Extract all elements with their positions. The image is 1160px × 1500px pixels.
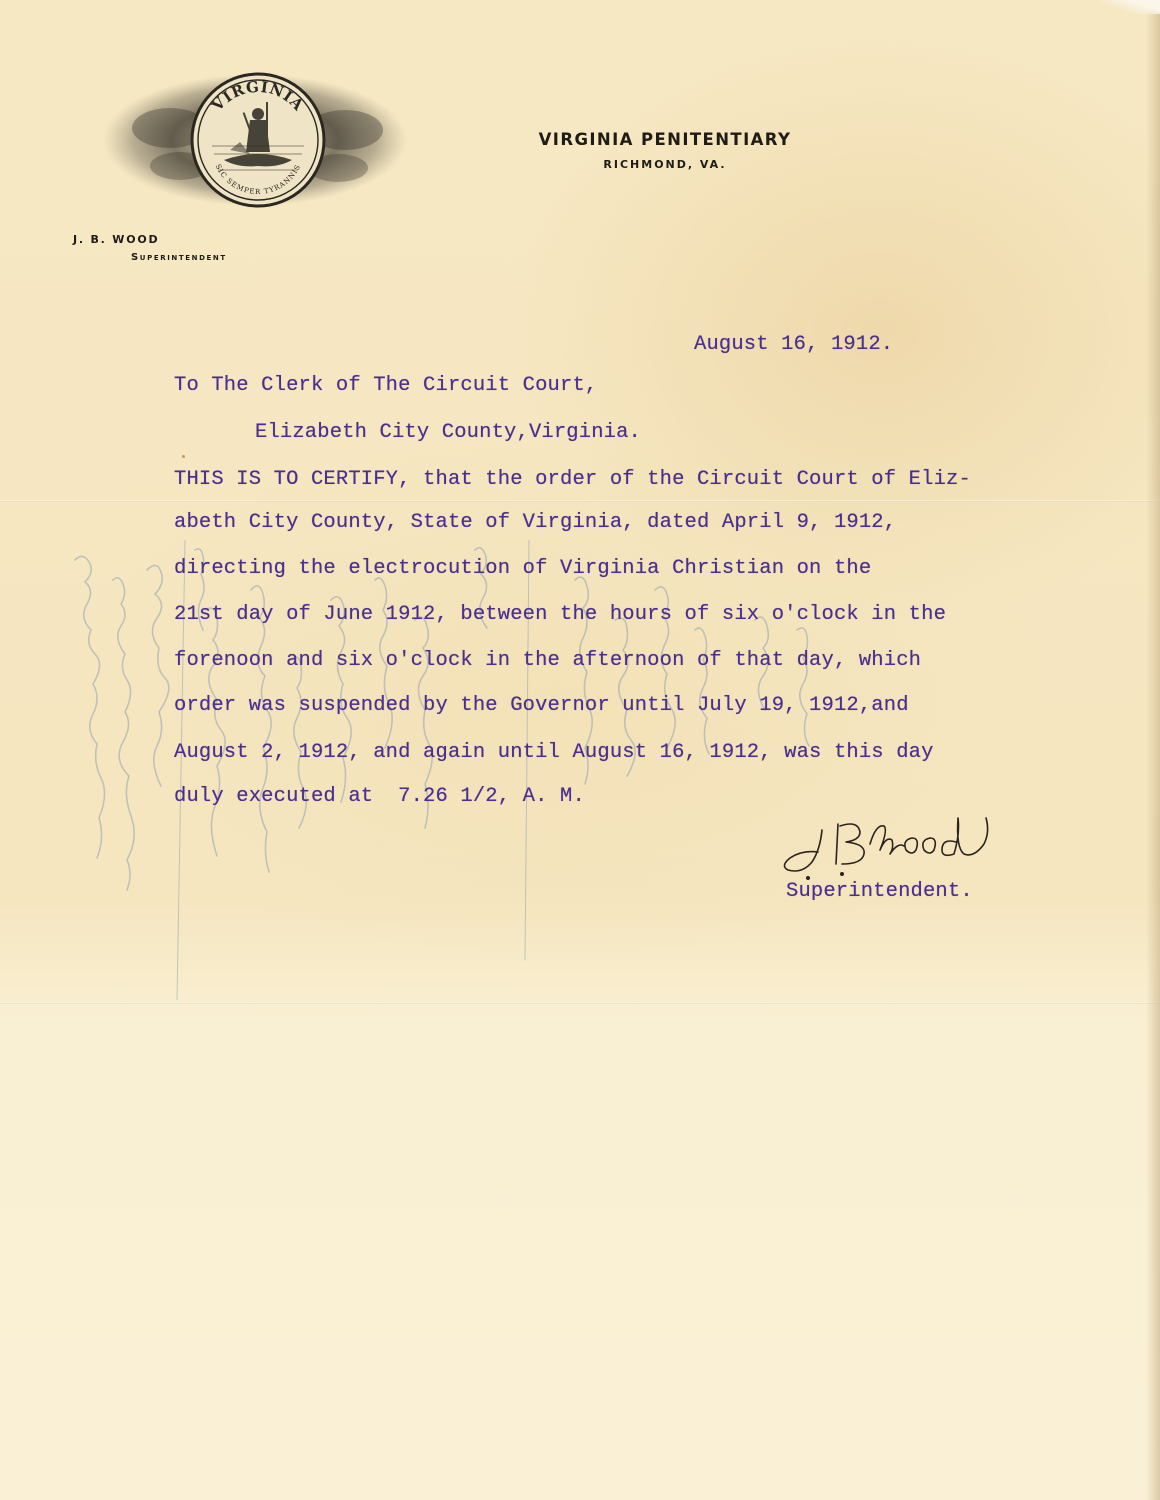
paper-edge-right (1146, 0, 1160, 1500)
letterhead-officer-name: J. B. WOOD (73, 233, 159, 246)
body-line: abeth City County, State of Virginia, da… (174, 511, 896, 534)
letter-date: August 16, 1912. (694, 333, 893, 356)
body-line: forenoon and six o'clock in the afternoo… (174, 649, 921, 672)
recipient-line-1: To The Clerk of The Circuit Court, (174, 374, 597, 397)
fold-line-upper (0, 500, 1160, 502)
body-line: THIS IS TO CERTIFY, that the order of th… (174, 468, 971, 491)
body-line: order was suspended by the Governor unti… (174, 694, 909, 717)
paper-speck (182, 455, 185, 458)
institution-location: RICHMOND, VA. (500, 158, 830, 171)
body-line: 21st day of June 1912, between the hours… (174, 603, 946, 626)
letterhead-seal: VIRGINIA SIC SEMPER TYRANNIS (100, 68, 410, 213)
body-line: duly executed at 7.26 1/2, A. M. (174, 785, 585, 808)
virginia-state-seal-icon: VIRGINIA SIC SEMPER TYRANNIS (100, 68, 410, 213)
institution-name: VIRGINIA PENITENTIARY (500, 130, 830, 149)
handwritten-signature: J. B. Wood (778, 808, 1018, 888)
paper-corner-wear (1100, 0, 1160, 14)
body-line: August 2, 1912, and again until August 1… (174, 741, 934, 764)
letterhead-officer-title: Superintendent (131, 252, 227, 263)
recipient-line-2: Elizabeth City County,Virginia. (255, 421, 641, 444)
fold-line-lower (0, 1002, 1160, 1004)
signature-title: Superintendent. (786, 880, 973, 903)
body-line: directing the electrocution of Virginia … (174, 557, 871, 580)
